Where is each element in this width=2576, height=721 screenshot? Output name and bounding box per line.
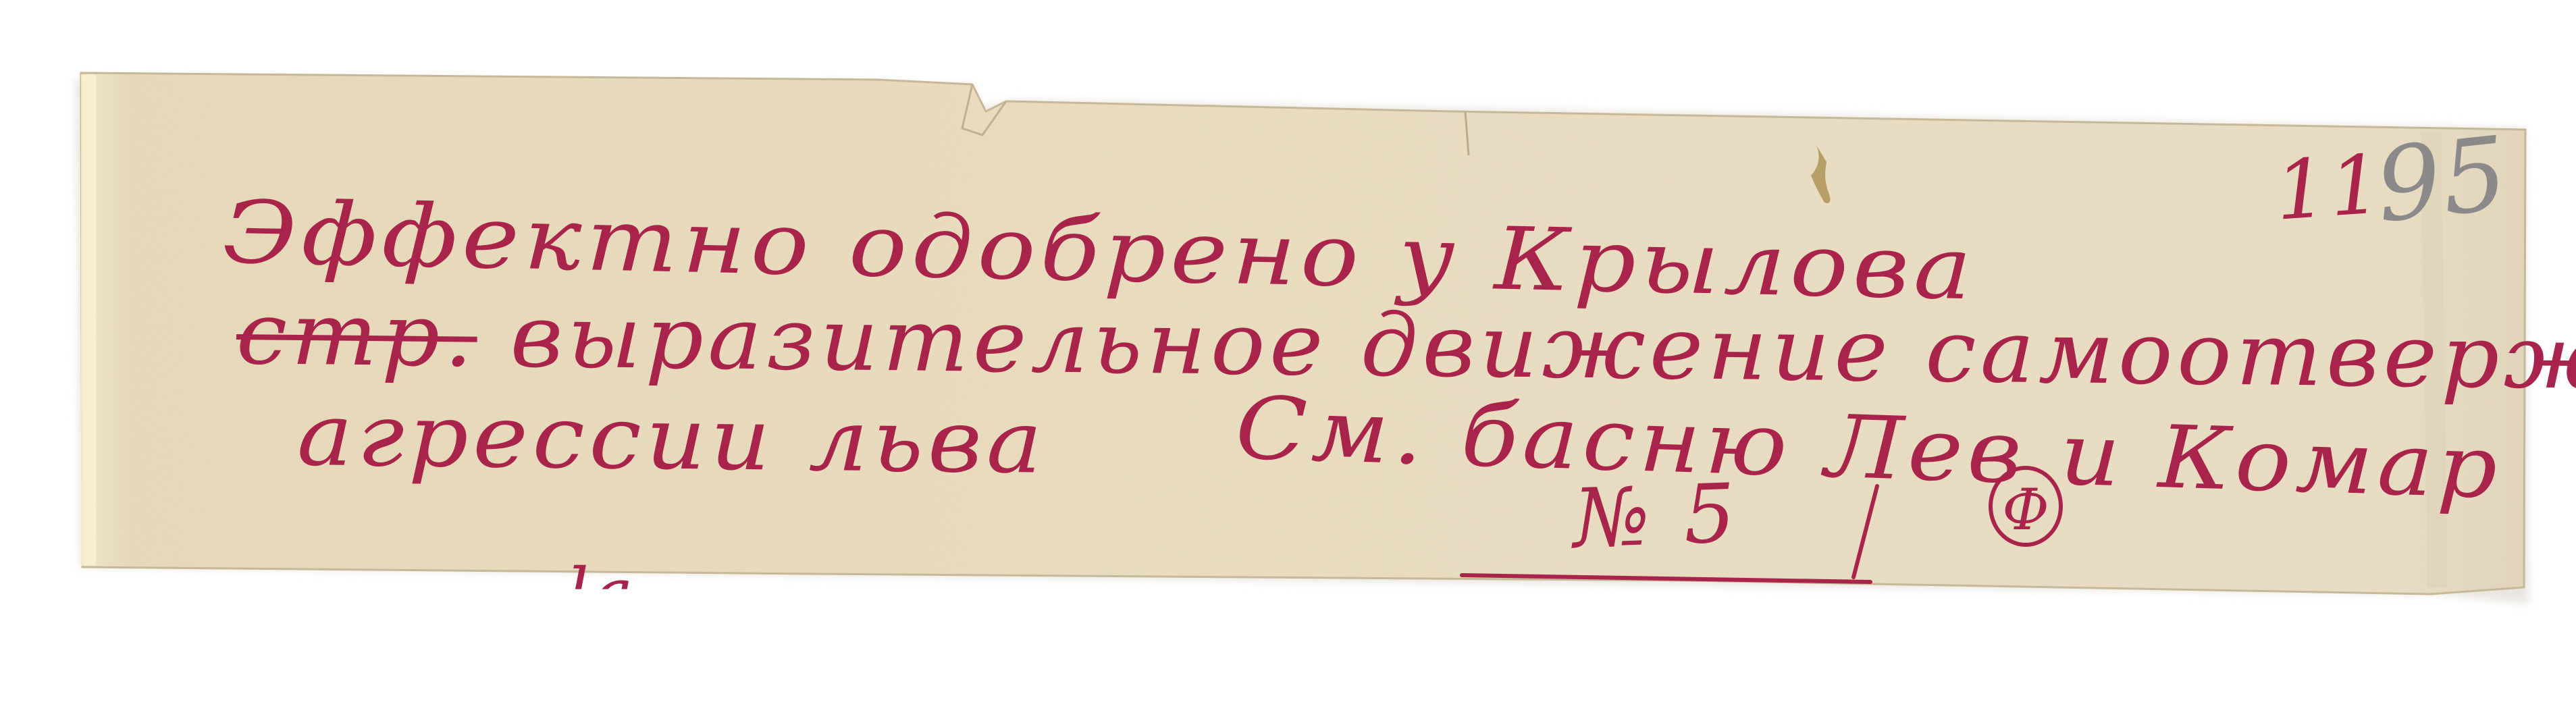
struck-word: стр. [236,284,477,387]
reference-number-red: 11 [2272,138,2387,239]
handwritten-line-3-part-1: агрессии льва [296,385,1047,493]
item-number: № 5 [1572,466,1741,566]
circled-mark: Ф [1989,466,2063,547]
reference-number-pencil: 95 [2371,115,2514,245]
paper-edge-fold [81,74,96,566]
